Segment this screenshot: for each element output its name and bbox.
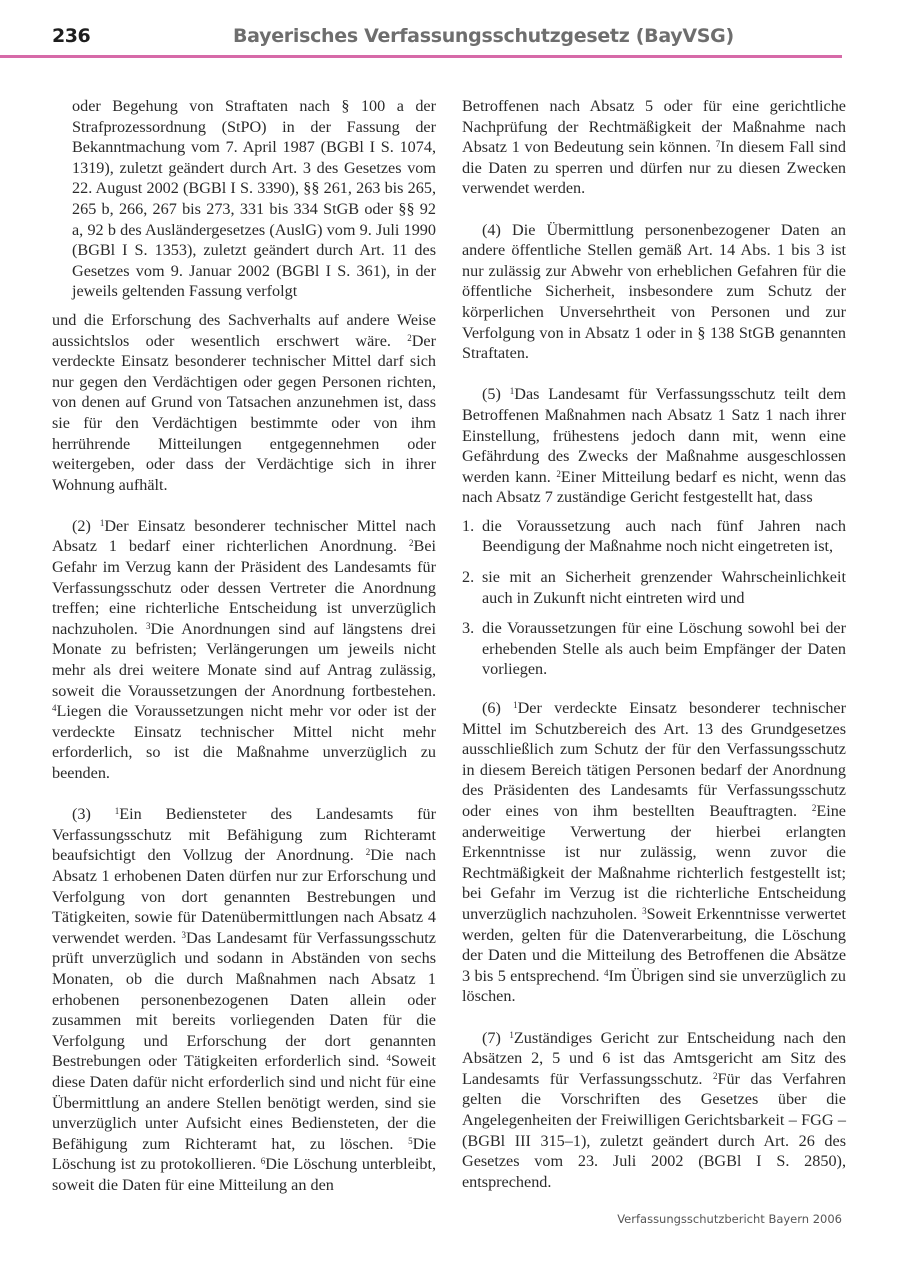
paragraph-7: (7) 1Zuständiges Gericht zur Entscheidun… bbox=[462, 1028, 846, 1193]
paragraph-5: (5) 1Das Landesamt für Verfassungsschutz… bbox=[462, 384, 846, 508]
paragraph-label: (3) bbox=[72, 805, 115, 823]
header-divider bbox=[0, 55, 842, 58]
list-item: 3.die Voraussetzungen für eine Löschung … bbox=[462, 618, 846, 680]
paragraph-label: (6) bbox=[482, 699, 513, 717]
list-item: 1.die Voraussetzung auch nach fünf Jahre… bbox=[462, 516, 846, 557]
paragraph-2: (2) 1Der Einsatz besonderer technischer … bbox=[52, 516, 436, 784]
right-column: Betroffenen nach Absatz 5 oder für eine … bbox=[462, 96, 846, 1192]
left-column: oder Begehung von Straftaten nach § 100 … bbox=[52, 96, 436, 1195]
page-number: 236 bbox=[52, 25, 90, 47]
running-title: Bayerisches Verfassungsschutzgesetz (Bay… bbox=[233, 25, 734, 47]
conditions-list: 1.die Voraussetzung auch nach fünf Jahre… bbox=[462, 516, 846, 680]
continuation-block: oder Begehung von Straftaten nach § 100 … bbox=[52, 96, 436, 302]
paragraph-3: (3) 1Ein Bediensteter des Landesamts für… bbox=[52, 804, 436, 1195]
paragraph-6: (6) 1Der verdeckte Einsatz besonderer te… bbox=[462, 698, 846, 1007]
page-footer: Verfassungsschutzbericht Bayern 2006 bbox=[617, 1212, 842, 1226]
list-item: 2.sie mit an Sicherheit grenzender Wahrs… bbox=[462, 567, 846, 608]
paragraph-3-continuation: Betroffenen nach Absatz 5 oder für eine … bbox=[462, 96, 846, 199]
paragraph-4: (4) Die Übermittlung personenbezogener D… bbox=[462, 220, 846, 364]
paragraph-label: (2) bbox=[72, 517, 100, 535]
paragraph-label: (7) bbox=[482, 1029, 509, 1047]
paragraph-label: (5) bbox=[482, 385, 510, 403]
paragraph-1-continuation: und die Erforschung des Sachverhalts auf… bbox=[52, 310, 436, 495]
page-header: 236 Bayerisches Verfassungsschutzgesetz … bbox=[0, 0, 900, 60]
